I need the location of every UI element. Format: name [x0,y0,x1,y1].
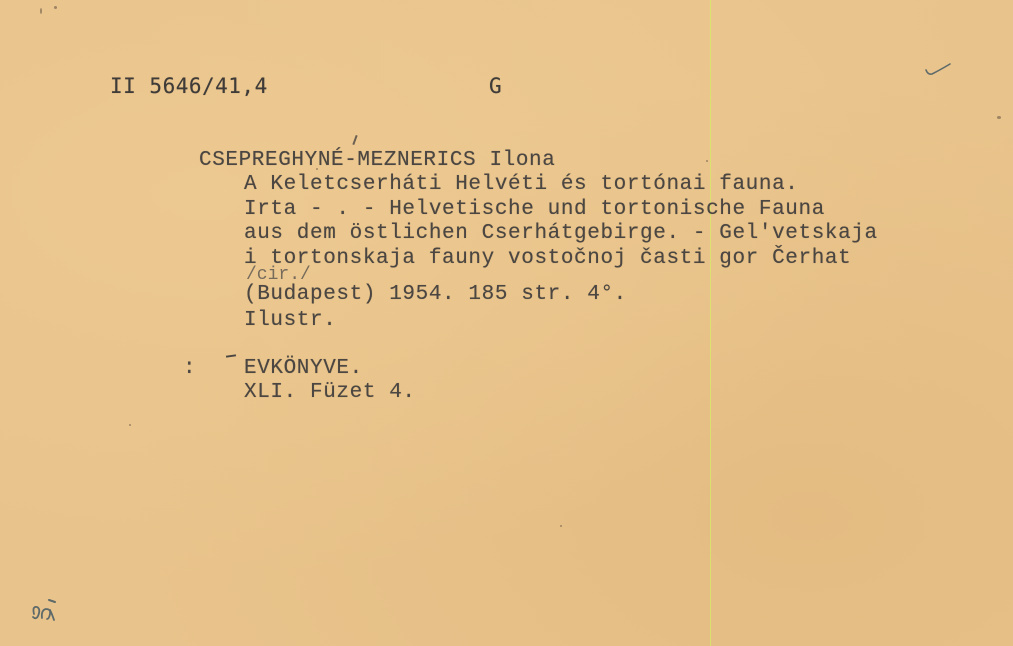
call-number: II 5646/41,4 [110,74,268,98]
series-marker: : [183,357,196,381]
title-line-4: i tortonskaja fauny vostočnoj časti gor … [244,247,851,271]
title-line-3: aus dem östlichen Cserhátgebirge. - Gel'… [244,222,878,246]
pencil-checkmark-icon [924,62,952,76]
catalog-card: II 5646/41,4 G CSEPREGHYNÉ-MEZNERICS Ilo… [0,0,1013,646]
handwritten-note-icon [28,590,68,630]
imprint: (Budapest) 1954. 185 str. 4°. [244,283,627,307]
location-code: G [489,74,502,98]
paper-speck [129,424,131,426]
title-line-1: A Keletcserháti Helvéti és tortónai faun… [244,173,799,197]
series-volume: XLI. Füzet 4. [244,381,416,405]
author-heading: CSEPREGHYNÉ-MEZNERICS Ilona [199,149,555,173]
illustrations-note: Ilustr. [244,309,336,333]
paper-speck [40,8,42,14]
imprint-overstrike: /cir./ [246,265,311,285]
paper-speck [560,525,562,527]
paper-speck [54,6,57,9]
scan-guide-line [710,0,711,646]
paper-speck [706,160,708,162]
paper-speck [316,168,318,170]
paper-speck [997,116,1001,119]
handwritten-accent-mark [352,135,357,145]
title-line-2: Irta - . - Helvetische und tortonische F… [244,198,825,222]
series-title: EVKÖNYVE. [244,357,363,381]
series-dash-mark [226,354,236,357]
